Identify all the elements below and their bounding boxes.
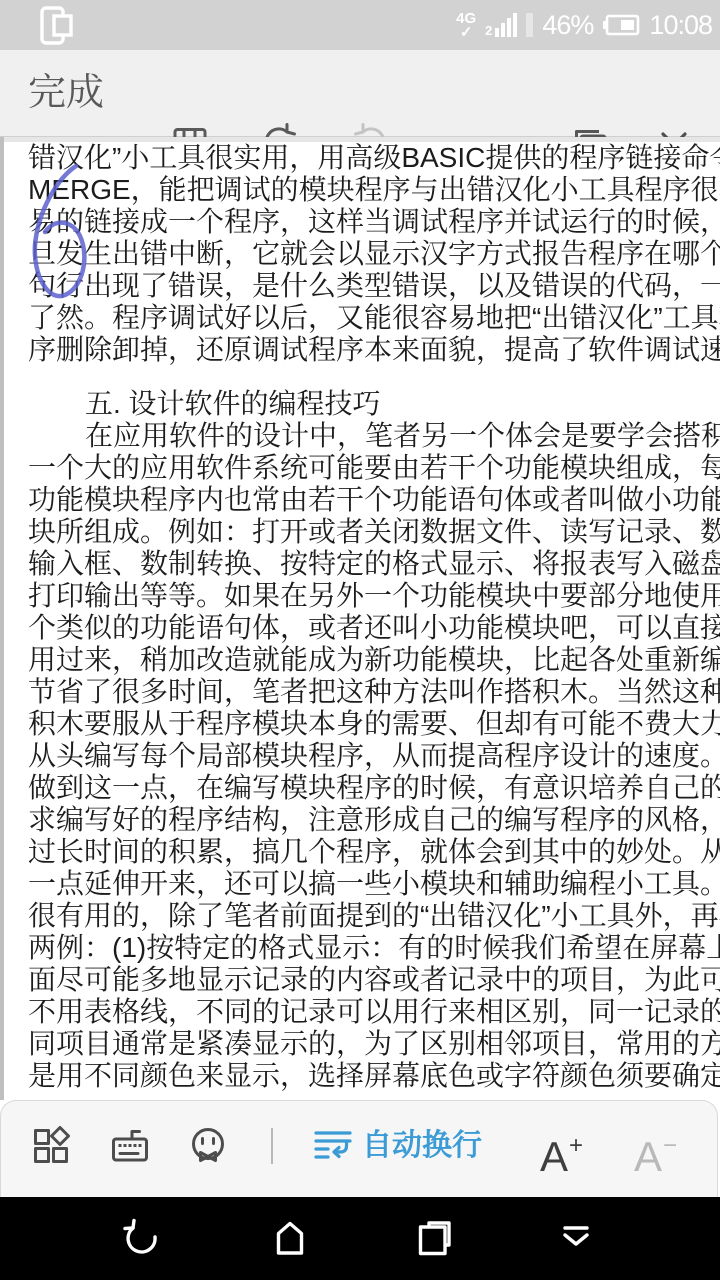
- font-increase-label: A: [540, 1133, 568, 1180]
- text-line: 两例：(1)按特定的格式显示：有的时候我们希望在屏幕上: [28, 932, 712, 964]
- signal-sim1-icon: [526, 13, 533, 37]
- sim2-label: 2: [485, 24, 492, 37]
- text-line: 块所组成。例如：打开或者关闭数据文件、读写记录、数据: [28, 516, 712, 548]
- text-line: 求编写好的程序结构，注意形成自己的编写程序的风格，经: [28, 804, 712, 836]
- text-line: 句行出现了错误，是什么类型错误，以及错误的代码，一目: [28, 270, 712, 302]
- editor-toolbar: 完成 26: [0, 50, 720, 137]
- text-line: 积木要服从于程序模块本身的需要、但却有可能不费大力气: [28, 708, 712, 740]
- document-text: 错汉化”小工具很实用，用高级BASIC提供的程序链接命令MERGE，能把调试的模…: [28, 142, 712, 1092]
- tools-grid-icon[interactable]: [29, 1124, 73, 1168]
- nav-back-button[interactable]: [120, 1216, 164, 1260]
- text-line: 过长时间的积累，搞几个程序，就体会到其中的妙处。从这: [28, 836, 712, 868]
- text-line: MERGE，能把调试的模块程序与出错汉化小工具程序很容: [28, 174, 712, 206]
- text-line: 很有用的，除了笔者前面提到的“出错汉化”小工具外，再举: [28, 900, 712, 932]
- text-line: 是用不同颜色来显示，选择屏幕底色或字符颜色须要确定彩: [28, 1060, 712, 1092]
- text-line: 个类似的功能语句体，或者还叫小功能模块吧，可以直接借: [28, 612, 712, 644]
- word-wrap-toggle[interactable]: 自动换行: [362, 1124, 482, 1168]
- text-line: 旦发生出错中断，它就会以显示汉字方式报告程序在哪个语: [28, 238, 712, 270]
- text-line: 错汉化”小工具很实用，用高级BASIC提供的程序链接命令: [28, 142, 712, 174]
- text-line: 用过来，稍加改造就能成为新功能模块，比起各处重新编写: [28, 644, 712, 676]
- text-line: 一点延伸开来，还可以搞一些小模块和辅助编程小工具。是: [28, 868, 712, 900]
- document-canvas[interactable]: 错汉化”小工具很实用，用高级BASIC提供的程序链接命令MERGE，能把调试的模…: [0, 142, 720, 1100]
- text-line: 易的链接成一个程序，这样当调试程序并试运行的时候，一: [28, 206, 712, 238]
- status-indicators: 4G ✓ 2 46% 10:08: [456, 0, 714, 50]
- text-line: 做到这一点，在编写模块程序的时候，有意识培养自己的追: [28, 772, 712, 804]
- text-line: 从头编写每个局部模块程序，从而提高程序设计的速度。为: [28, 740, 712, 772]
- text-line: 一个大的应用软件系统可能要由若干个功能模块组成，每个: [28, 452, 712, 484]
- minus-sign: −: [663, 1132, 677, 1159]
- font-decrease-label: A: [634, 1133, 662, 1180]
- check-icon: ✓: [460, 25, 473, 40]
- text-line: 面尽可能多地显示记录的内容或者记录中的项目，为此可以: [28, 964, 712, 996]
- signal-bars-icon: 2: [485, 13, 517, 37]
- font-decrease-button[interactable]: A−: [634, 1118, 677, 1174]
- keyboard-icon[interactable]: [108, 1124, 152, 1168]
- screenshot-notification-icon: [36, 5, 80, 47]
- nav-home-button[interactable]: [268, 1216, 312, 1260]
- text-line: 节省了很多时间，笔者把这种方法叫作搭积木。当然这种搭: [28, 676, 712, 708]
- plus-sign: +: [569, 1132, 583, 1159]
- done-button[interactable]: 完成: [28, 50, 104, 136]
- nav-recents-button[interactable]: [412, 1216, 456, 1260]
- page-edge: [0, 137, 4, 1100]
- text-line: 序删除卸掉，还原调试程序本来面貌，提高了软件调试速度。: [28, 334, 712, 366]
- text-line: 在应用软件的设计中，笔者另一个体会是要学会搭积木。: [28, 420, 712, 452]
- toolbar-divider: [271, 1128, 273, 1164]
- network-4g-check-icon: 4G ✓: [456, 11, 476, 40]
- text-line: 不用表格线，不同的记录可以用行来相区别，同一记录的不: [28, 996, 712, 1028]
- text-line: 同项目通常是紧凑显示的，为了区别相邻项目，常用的方法: [28, 1028, 712, 1060]
- text-line: 了然。程序调试好以后，又能很容易地把“出错汉化”工具程: [28, 302, 712, 334]
- word-wrap-icon[interactable]: [313, 1126, 353, 1166]
- font-increase-button[interactable]: A+: [540, 1118, 583, 1174]
- android-nav-bar: [0, 1197, 720, 1280]
- nav-hide-keyboard-button[interactable]: [554, 1216, 598, 1260]
- status-bar: 4G ✓ 2 46% 10:08: [0, 0, 720, 50]
- battery-icon: [602, 13, 640, 37]
- emoji-face-icon[interactable]: [186, 1124, 230, 1168]
- text-line: 打印输出等等。如果在另外一个功能模块中要部分地使用几: [28, 580, 712, 612]
- blank-line: [28, 366, 712, 388]
- clock: 10:08: [649, 10, 712, 41]
- text-line: 输入框、数制转换、按特定的格式显示、将报表写入磁盘、: [28, 548, 712, 580]
- text-line: 功能模块程序内也常由若干个功能语句体或者叫做小功能模: [28, 484, 712, 516]
- battery-percent: 46%: [542, 10, 593, 41]
- text-line: 五. 设计软件的编程技巧: [28, 388, 712, 420]
